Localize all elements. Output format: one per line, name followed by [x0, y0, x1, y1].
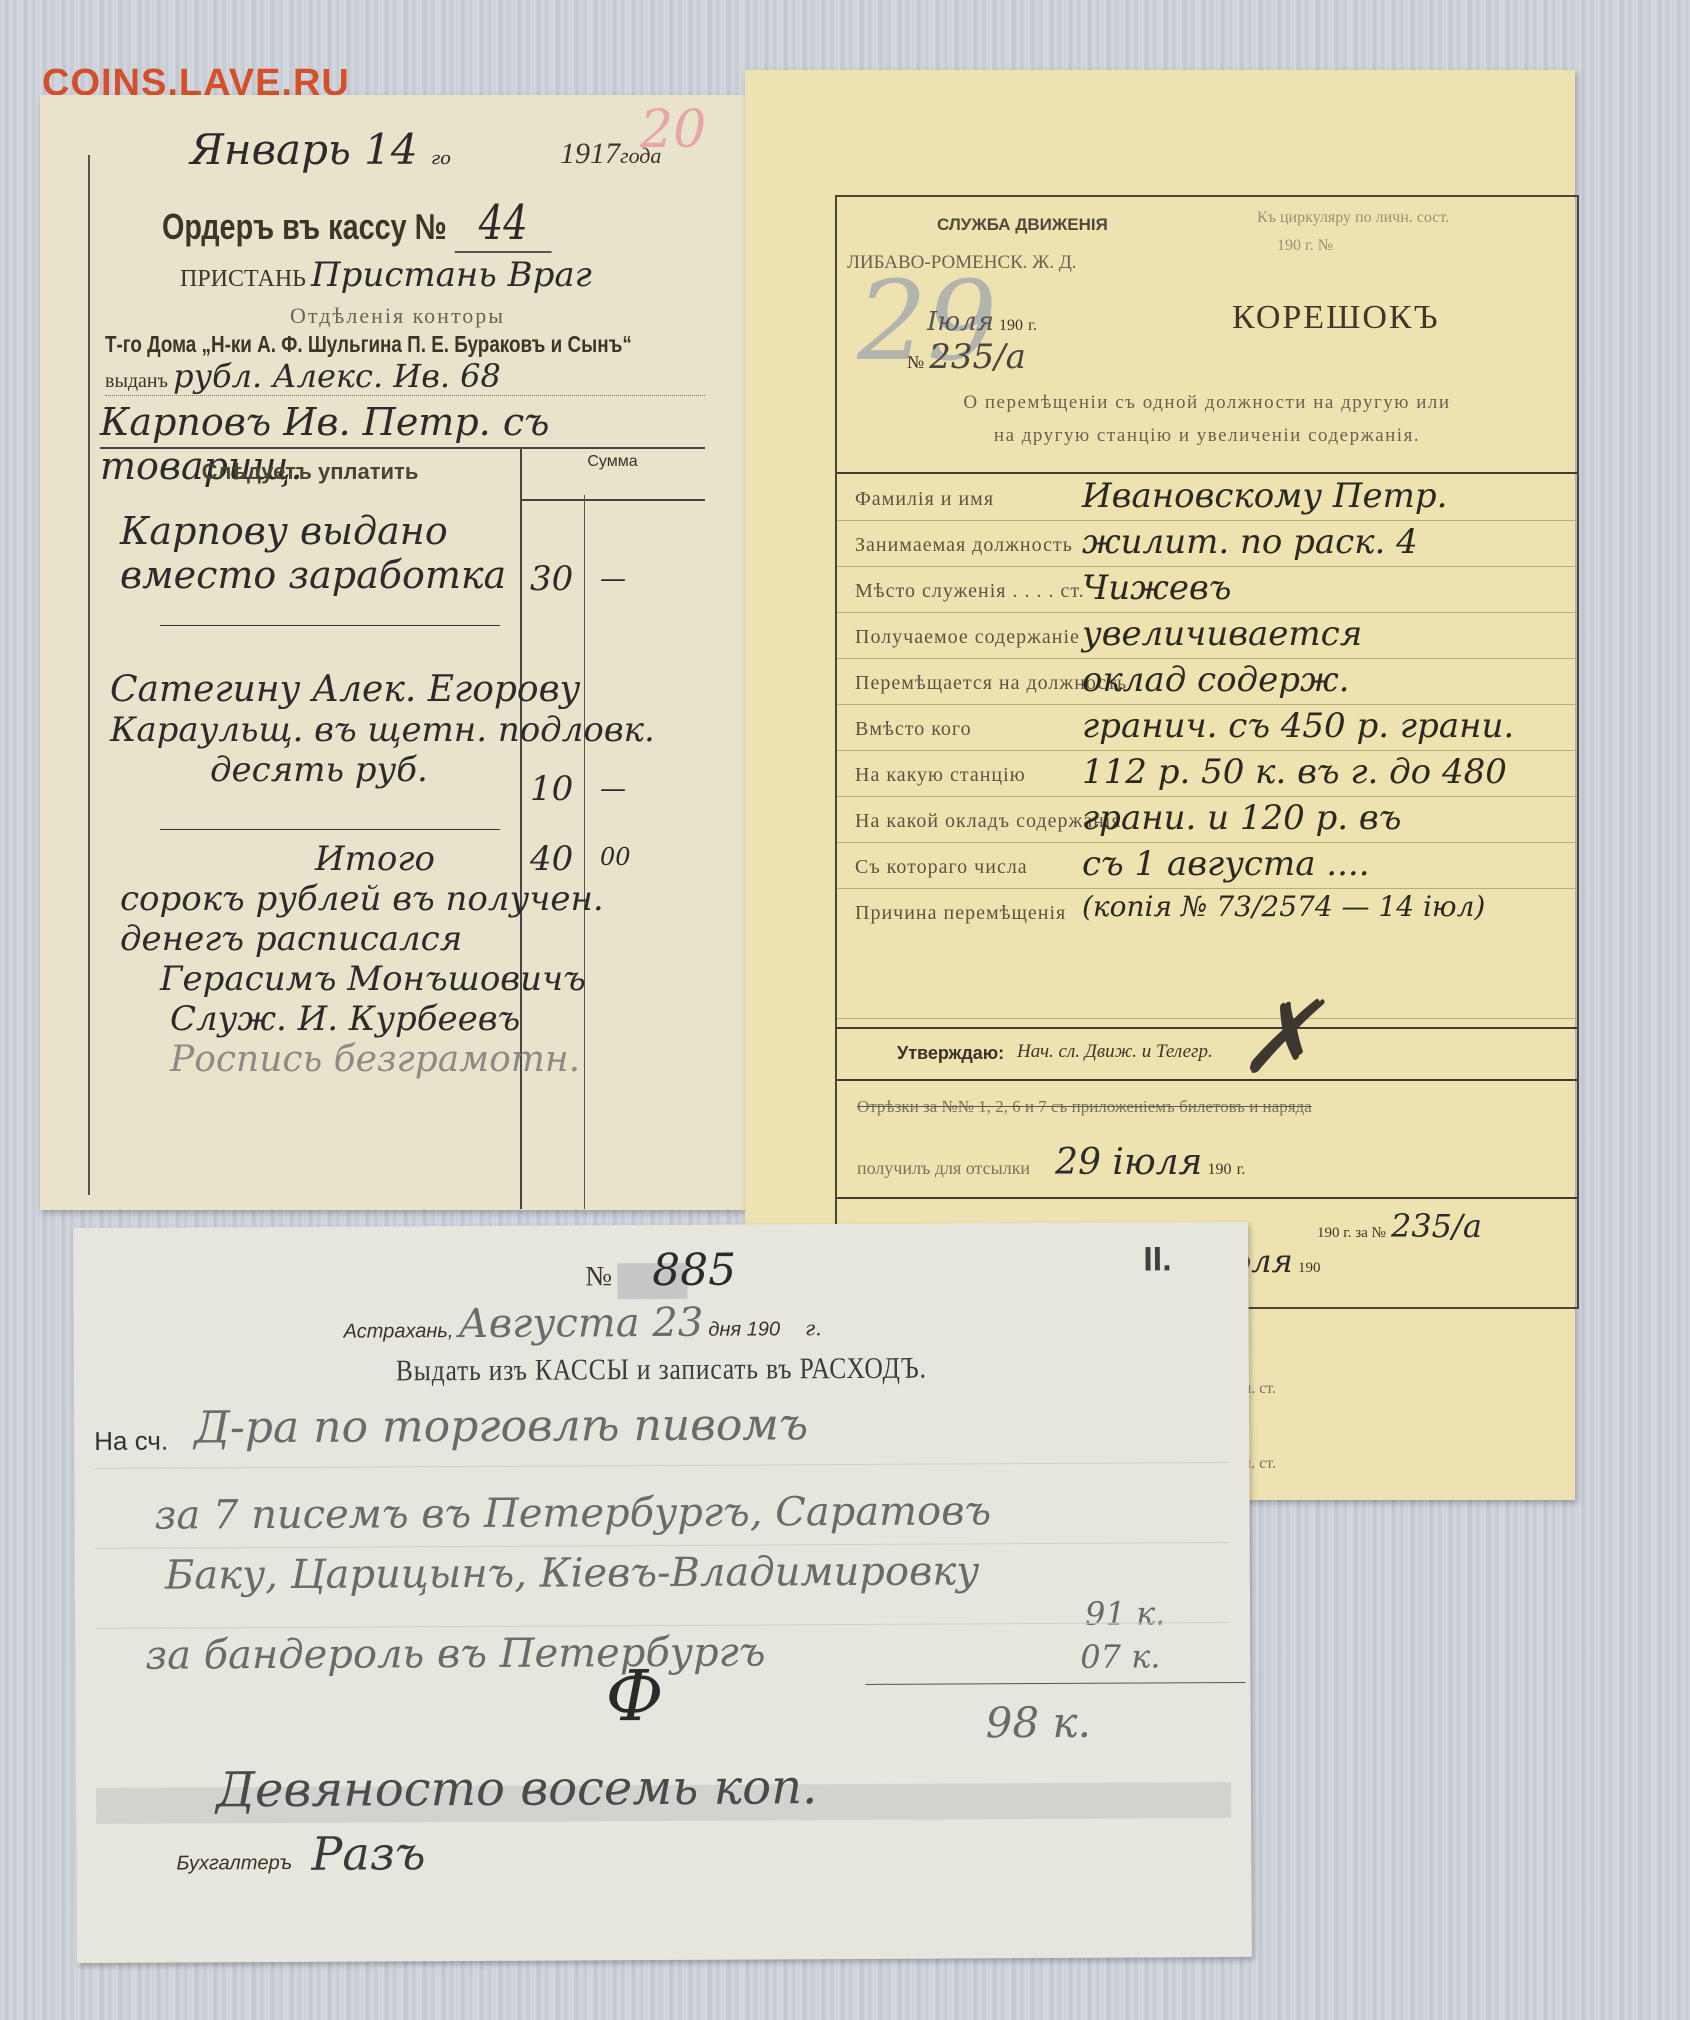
receipt-number: № 885 [585, 1245, 736, 1299]
stub-subtitle-1: О перемѣщеніи съ одной должности на друг… [847, 392, 1567, 414]
field-label: Мѣсто служенія . . . . ст. [855, 580, 1085, 603]
third-line-year: 190 [1298, 1260, 1321, 1276]
approval-signature: ✗ [1237, 979, 1321, 1096]
field-row: Перемѣщается на должностьоклад содерж. [837, 658, 1577, 705]
issued-label: выданъ [105, 370, 168, 392]
table-row: Сатегину Алек. Егорову Караульщ. въ щетн… [100, 669, 705, 790]
order-year-value: 1917 [560, 137, 620, 170]
receipt-number-label: № [585, 1261, 612, 1292]
row-separator [160, 625, 500, 626]
field-value: Ивановскому Петр. [1082, 476, 1447, 516]
receipt-date-handwritten: Августа 23 [458, 1300, 703, 1347]
table-header-sum: Сумма [520, 449, 705, 501]
receipt-date-suffix: дня 190 [708, 1318, 780, 1340]
field-label: Вмѣсто кого [855, 718, 972, 741]
accountant-label: Бухгалтеръ [176, 1852, 292, 1876]
payment-table: Слѣдуетъ уплатить Сумма Карпову выдано в… [100, 447, 705, 1209]
entry-text: Карпову выдано [100, 509, 705, 553]
stub-date: Іюля 190 г. [927, 307, 1037, 337]
issued-value-1: рубл. Алекс. Ив. 68 [173, 357, 501, 395]
receipt-date-line: Астрахань, Августа 23 дня 190 г. [343, 1299, 821, 1348]
order-date: Январь 14 го [190, 125, 451, 174]
entry-amount: 30 [530, 559, 573, 599]
cash-receipt: № 885 II. Астрахань, Августа 23 дня 190 … [73, 1222, 1252, 1963]
order-title: Ордеръ въ кассу № 44 [162, 195, 552, 251]
field-value: Чижевъ [1082, 568, 1231, 608]
total-amount: 98 к. [986, 1698, 1091, 1748]
received-line: получилъ для отсылки 29 іюля 190 г. [857, 1142, 1245, 1183]
field-value: увеличивается [1082, 614, 1362, 654]
stubs-line: Отрѣзки за №№ 1, 2, 6 и 7 съ приложеніем… [857, 1097, 1312, 1117]
field-row: Съ котораго числасъ 1 августа .... [837, 842, 1577, 889]
receipt-year-suffix: г. [805, 1316, 822, 1340]
receipt-line: Д-ра по торговлѣ пивомъ [194, 1399, 808, 1453]
fields-table: Фамилія и имяИвановскому Петр. Занимаема… [837, 472, 1577, 474]
circular-number: 190 г. № [1277, 237, 1333, 255]
pier-line: ПРИСТАНЬ Пристань Враг [180, 255, 592, 295]
field-label: Фамилія и имя [855, 488, 994, 511]
field-row: Занимаемая должностьжилит. по раск. 4 [837, 520, 1577, 567]
pier-value: Пристань Враг [311, 255, 592, 295]
faded-footer: Роспись безграмотн. [100, 1039, 705, 1080]
order-title-text: Ордеръ въ кассу [162, 206, 407, 247]
received-year: 190 [1207, 1161, 1231, 1178]
total-amount: 40 [530, 839, 573, 879]
stub-date-handwritten: Іюля [927, 307, 994, 337]
field-label: На какую станцію [855, 764, 1026, 787]
field-row: Получаемое содержаніеувеличивается [837, 612, 1577, 659]
order-date-handwritten: Январь 14 [190, 125, 418, 174]
ruled-line [94, 1462, 1229, 1469]
stub-title: КОРЕШОКЪ [1232, 299, 1440, 337]
stub-date-year: 190 [999, 317, 1023, 334]
field-row: Мѣсто служенія . . . . ст.Чижевъ [837, 566, 1577, 613]
field-value: жилит. по раск. 4 [1082, 522, 1418, 562]
row-separator [160, 829, 500, 830]
signer-line: Служ. И. Курбеевъ [100, 999, 705, 1039]
field-value: (копія № 73/2574 — 14 іюл) [1082, 890, 1485, 923]
signer-name: Герасимъ Монъшовичъ [100, 959, 705, 999]
receipt-number-value: 885 [652, 1245, 736, 1296]
ruled-line [95, 1542, 1230, 1549]
entry-kop: — [600, 774, 626, 804]
field-label: Получаемое содержаніе [855, 626, 1080, 649]
field-label: Причина перемѣщенія [855, 902, 1066, 925]
field-value: 112 р. 50 к. въ г. до 480 [1082, 752, 1507, 792]
total-kop: 00 [600, 843, 631, 871]
company-name: Т-го Дома „Н-ки А. Ф. Шульгина П. Е. Бур… [105, 331, 632, 358]
received-label: получилъ для отсылки [857, 1158, 1030, 1178]
receipt-line: Баку, Царицынъ, Кіевъ-Владимировку [165, 1548, 980, 1598]
city: Астрахань, [344, 1320, 454, 1343]
second-line-suffix: 190 г. за № [1317, 1225, 1386, 1241]
manager-signature: Ф [605, 1655, 664, 1737]
receipt-line: за 7 писемъ въ Петербургъ, Саратовъ [154, 1488, 991, 1538]
issued-line: выданъ рубл. Алекс. Ив. 68 [105, 357, 705, 396]
total-in-words: Девяносто восемь коп. [216, 1759, 818, 1818]
total-row: Итого 40 00 сорокъ рублей въ получен. де… [100, 839, 705, 1080]
accountant-signature: Разъ [311, 1826, 425, 1881]
order-year-suffix: года [620, 143, 661, 168]
field-row: На какой окладъ содержаніяграни. и 120 р… [837, 796, 1577, 843]
account-label: На сч. [94, 1426, 168, 1457]
field-value: грани. и 120 р. въ [1082, 798, 1401, 838]
second-line: 190 г. за № 235/а [1317, 1207, 1482, 1245]
stub-frame: СЛУЖБА ДВИЖЕНІЯ ЛИБАВО-РОМЕНСК. Ж. Д. Къ… [835, 195, 1579, 1309]
sum-rule [865, 1682, 1245, 1685]
receipt-text: сорокъ рублей въ получен. [100, 879, 705, 919]
ruled-line [95, 1622, 1230, 1629]
pier-label: ПРИСТАНЬ [180, 266, 306, 292]
office-label: Отдѣленія конторы [290, 303, 505, 329]
circular-ref: Къ циркуляру по личн. сост. [1257, 209, 1449, 227]
table-header-desc: Слѣдуетъ уплатить [100, 459, 520, 485]
table-row: Карпову выдано вместо заработка 30 — [100, 509, 705, 597]
approve-label: Утверждаю: [897, 1043, 1004, 1064]
second-line-number: 235/а [1391, 1207, 1482, 1245]
entry-text: Сатегину Алек. Егорову [100, 669, 705, 710]
field-value: оклад содерж. [1082, 660, 1349, 700]
entry-text: Караульщ. въ щетн. подловк. [100, 710, 705, 750]
order-year: 1917года [560, 137, 661, 171]
receipt-line: за бандероль въ Петербургъ [145, 1629, 765, 1678]
service-name: СЛУЖБА ДВИЖЕНІЯ [937, 215, 1108, 235]
field-row: Фамилія и имяИвановскому Петр. [837, 474, 1577, 521]
entry-kop: — [600, 564, 626, 594]
receipt-text: денегъ расписался [100, 919, 705, 959]
field-row: На какую станцію112 р. 50 к. въ г. до 48… [837, 750, 1577, 797]
stub-number: № 235/а [907, 337, 1026, 377]
stub-subtitle-2: на другую станцію и увеличеніи содержані… [847, 425, 1567, 447]
order-date-suffix: го [431, 148, 451, 169]
stub-date-suffix: г. [1028, 317, 1037, 334]
stub-number-value: 235/а [929, 337, 1026, 377]
approval-row: Утверждаю: Нач. сл. Движ. и Телегр. ✗ [837, 1027, 1577, 1081]
field-value: съ 1 августа .... [1082, 844, 1370, 884]
amount: 07 к. [1080, 1637, 1160, 1675]
stub-number-label: № [907, 352, 924, 372]
field-label: Занимаемая должность [855, 534, 1073, 557]
order-number-value: 44 [455, 195, 552, 253]
entry-amount: 10 [530, 769, 573, 809]
receipt-title: Выдать изъ КАССЫ и записать въ РАСХОДЪ. [162, 1350, 1161, 1389]
field-row: Причина перемѣщенія(копія № 73/2574 — 14… [837, 888, 1577, 1019]
field-label: Съ котораго числа [855, 856, 1028, 879]
amount: 91 к. [1085, 1594, 1165, 1632]
field-value: гранич. съ 450 р. грани. [1082, 706, 1514, 746]
field-row: Вмѣсто когогранич. съ 450 р. грани. [837, 704, 1577, 751]
order-number-label: № [415, 206, 447, 247]
cash-order-document: 20 Январь 14 го 1917года Ордеръ въ кассу… [40, 95, 745, 1210]
received-suffix: г. [1237, 1161, 1246, 1178]
received-separator [837, 1197, 1577, 1199]
approve-title: Нач. сл. Движ. и Телегр. [1017, 1041, 1213, 1063]
roman-numeral: II. [1143, 1240, 1172, 1279]
received-date: 29 іюля [1055, 1142, 1202, 1183]
